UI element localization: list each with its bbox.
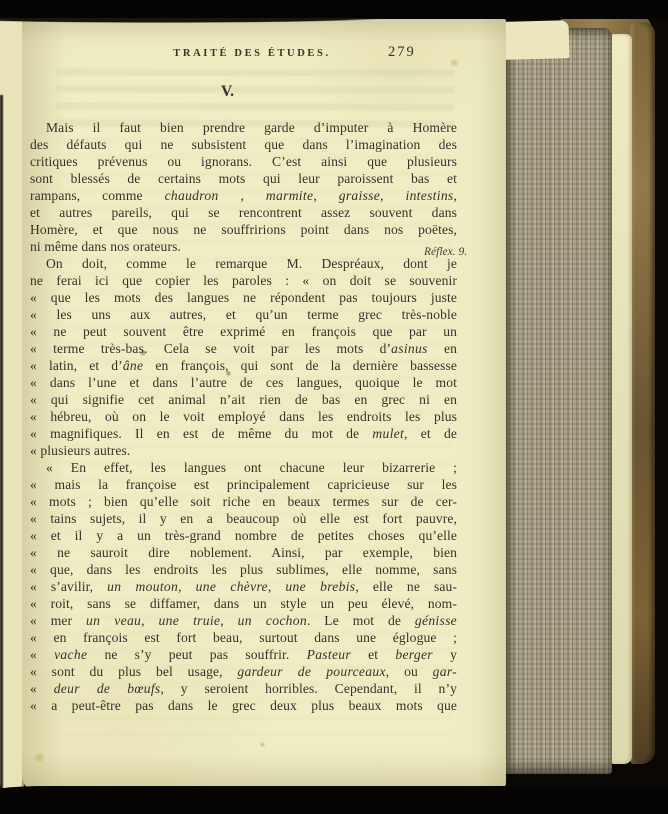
text-line: des défauts qui ne subsistent que dans l… (30, 136, 457, 153)
section-heading: V. (14, 83, 441, 101)
text-line: « roit, sans se diffamer, dans un style … (30, 595, 457, 612)
text-line: « ne sauroit dire noblement. Ainsi, par … (30, 544, 457, 561)
text-block: Mais il faut bien prendre garde d’impute… (30, 119, 457, 714)
outer-page-edges (610, 34, 632, 764)
text-line: « latin, et d’âne en françois, qui sont … (30, 357, 457, 374)
cover-edge (630, 22, 655, 764)
text-line: « mais la françoise est principalement c… (30, 476, 457, 493)
foxing-spot (260, 742, 265, 747)
book-photo: TRAITÉ DES ÉTUDES. 279 V. Réflex. 9. Mai… (0, 0, 668, 814)
text-line: « sont du plus bel usage, gardeur de pou… (30, 663, 457, 680)
text-line: Homère, et que nous ne souffririons poin… (30, 221, 457, 238)
text-line: « vache ne s’y peut pas souffrir. Pasteu… (30, 646, 457, 663)
text-line: « s’avilir, un mouton, une chèvre, une b… (30, 578, 457, 595)
text-line: sont blessés de certains mots qui leur p… (30, 170, 457, 187)
text-line: « dans l’une et dans l’autre de ces lang… (30, 374, 457, 391)
text-line: « hébreu, où on le voit employé dans les… (30, 408, 457, 425)
text-line: « deur de bœufs, y seroient horribles. C… (30, 680, 457, 697)
text-line: rampans, comme chaudron , marmite, grais… (30, 187, 457, 204)
text-line: On doit, comme le remarque M. Despréaux,… (30, 255, 457, 272)
text-line: « ne peut souvent être exprimé en franço… (30, 323, 457, 340)
paragraph: « En effet, les langues ont chacune leur… (30, 459, 457, 714)
foxing-spot (34, 753, 45, 762)
foxing-spot (450, 59, 459, 67)
paragraph: On doit, comme le remarque M. Despréaux,… (30, 255, 457, 459)
text-line: critiques prévenus ou ignorans. C’est ai… (30, 153, 457, 170)
running-title: TRAITÉ DES ÉTUDES. (152, 48, 352, 59)
top-page-edges (505, 20, 570, 60)
text-line: « que les mots des langues ne répondent … (30, 289, 457, 306)
left-shadow-sliver (0, 95, 3, 795)
text-line: « qui signifie cet animal n’ait rien de … (30, 391, 457, 408)
fore-edge-page-stack (506, 28, 612, 774)
text-line: « terme très-bas. Cela se voit par les m… (30, 340, 457, 357)
photo-background-bottom (0, 786, 668, 814)
text-line: « a peut-être pas dans le grec deux plus… (30, 697, 457, 714)
text-line: « en françois est fort beau, surtout dan… (30, 629, 457, 646)
photo-background-top (0, 0, 668, 19)
text-line: Mais il faut bien prendre garde d’impute… (30, 119, 457, 136)
text-line: « magnifiques. Il en est de même du mot … (30, 425, 457, 442)
text-line: « mots ; bien qu’elle soit riche en beau… (30, 493, 457, 510)
page-number: 279 (388, 44, 416, 61)
text-line: « et il y a un très-grand nombre de peti… (30, 527, 457, 544)
paragraph: Mais il faut bien prendre garde d’impute… (30, 119, 457, 255)
text-line: « que, dans les endroits les plus sublim… (30, 561, 457, 578)
text-line: ni même dans nos orateurs. (30, 238, 457, 255)
book-page: TRAITÉ DES ÉTUDES. 279 V. Réflex. 9. Mai… (22, 19, 506, 792)
text-line: ne ferai ici que copier les paroles : « … (30, 272, 457, 289)
text-line: « mer un veau, une truie, un cochon. Le … (30, 612, 457, 629)
text-line: « En effet, les langues ont chacune leur… (30, 459, 457, 476)
left-page-edge-strip (0, 18, 24, 797)
text-line: « les uns aux autres, et qu’un terme gre… (30, 306, 457, 323)
text-line: « plusieurs autres. (30, 442, 457, 459)
text-line: « tains sujets, il y en a beaucoup où el… (30, 510, 457, 527)
text-line: et autres pareils, qui se rencontrent as… (30, 204, 457, 221)
